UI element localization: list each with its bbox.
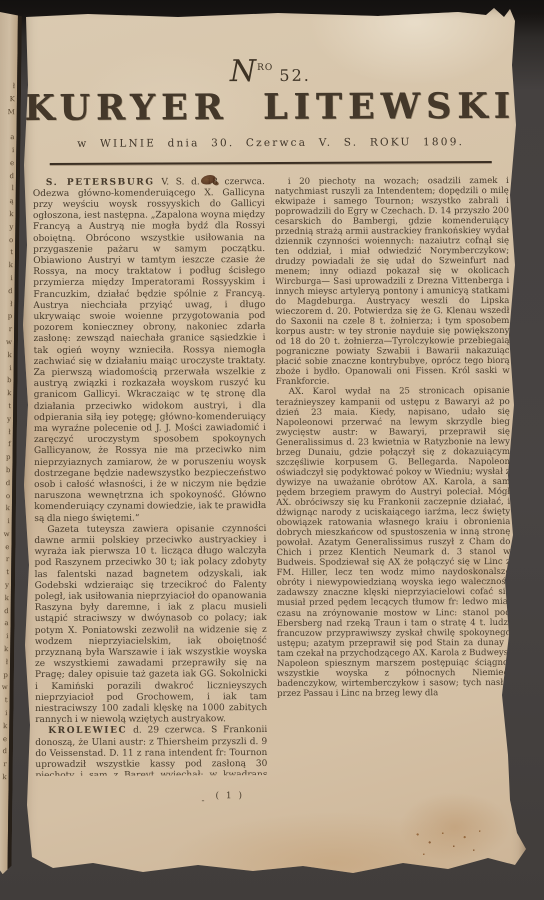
article-paragraph: Gazeta tuteysza zawiera opisanie czynnoś… (34, 524, 267, 727)
article-paragraph: i 20 piechoty na wozach; osadzili zamek … (275, 175, 510, 387)
masthead-rule (50, 161, 492, 165)
newspaper-page: NRO 52. KURYER LITEWSKI w WILNIE dnia 30… (18, 5, 526, 889)
masthead: NRO 52. KURYER LITEWSKI w WILNIE dnia 30… (16, 4, 525, 165)
article-paragraph: AX. Karol wydał na 25 stronicach opisani… (276, 386, 511, 698)
article-paragraph: S. PETERSBURG V. S. d. 18 czerwca. Odezw… (33, 177, 267, 525)
article-columns: S. PETERSBURG V. S. d. 18 czerwca. Odezw… (17, 175, 528, 775)
issue-number: 52. (279, 66, 311, 85)
dateline: w WILNIE dnia 30. Czerwca V. S. ROKU 180… (17, 135, 525, 149)
paragraph-text: i 20 piechoty na wozach; osadzili zamek … (275, 175, 510, 387)
paragraph-text: Gazeta tuteysza zawiera opisanie czynnoś… (34, 524, 267, 725)
foxing-specks (410, 828, 490, 862)
issue-script-letter: N (230, 54, 257, 89)
paragraph-text: AX. Karol wydał na 25 stronicach opisani… (276, 386, 511, 698)
article-paragraph: KROLEWIEC d. 29 czerwca. S Frankonii don… (35, 725, 267, 775)
issue-superscript: RO (257, 63, 273, 73)
issue-number-line: NRO 52. (16, 56, 524, 88)
newspaper-title: KURYER LITEWSKI (16, 88, 524, 129)
paragraph-text: V. S. d. 18 czerwca. Odezwa główno-komen… (33, 177, 266, 524)
footer-dash: - (202, 796, 205, 806)
page-content: NRO 52. KURYER LITEWSKI w WILNIE dnia 30… (16, 4, 528, 890)
left-column: S. PETERSBURG V. S. d. 18 czerwca. Odezw… (33, 177, 268, 776)
paragraph-lead: S. PETERSBURG (46, 177, 155, 187)
page-number: ( 1 ) (216, 791, 245, 801)
right-column: i 20 piechoty na wozach; osadzili zamek … (275, 175, 512, 774)
paragraph-lead: KROLEWIEC (48, 726, 127, 736)
